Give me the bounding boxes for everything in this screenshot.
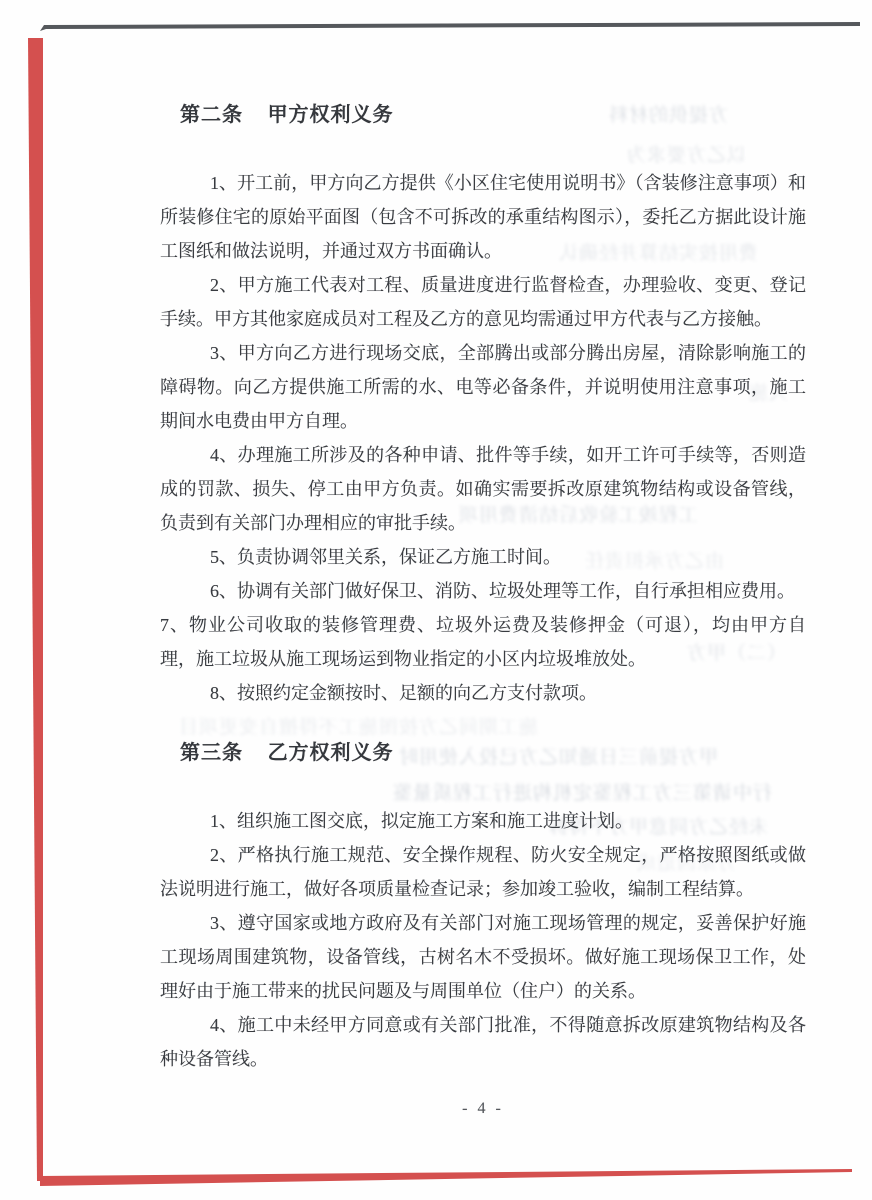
article-section-2: 第二条 甲方权利义务 1、开工前，甲方向乙方提供《小区住宅使用说明书》（含装修注… [160, 98, 806, 710]
clause-paragraph: 7、物业公司收取的装修管理费、垃圾外运费及装修押金（可退），均由甲方自理，施工垃… [160, 608, 806, 676]
clause-paragraph: 1、组织施工图交底，拟定施工方案和施工进度计划。 [160, 804, 806, 838]
clause-paragraph: 2、甲方施工代表对工程、质量进度进行监督检查，办理验收、变更、登记手续。甲方其他… [160, 268, 806, 336]
clause-paragraph: 8、按照约定金额按时、足额的向乙方支付款项。 [160, 676, 806, 710]
article-2-title: 甲方权利义务 [268, 104, 394, 126]
clause-paragraph: 4、办理施工所涉及的各种申请、批件等手续，如开工许可手续等，否则造成的罚款、损失… [160, 438, 806, 540]
clause-paragraph: 5、负责协调邻里关系，保证乙方施工时间。 [160, 540, 806, 574]
article-section-3: 第三条 乙方权利义务 1、组织施工图交底，拟定施工方案和施工进度计划。2、严格执… [160, 736, 806, 1076]
clause-paragraph: 6、协调有关部门做好保卫、消防、垃圾处理等工作，自行承担相应费用。 [160, 574, 806, 608]
article-3-number: 第三条 [180, 742, 243, 764]
article-2-heading: 第二条 甲方权利义务 [180, 98, 806, 132]
clause-paragraph: 4、施工中未经甲方同意或有关部门批准，不得随意拆改原建筑物结构及各种设备管线。 [160, 1008, 806, 1076]
article-2-number: 第二条 [180, 104, 243, 126]
article-2-clause-list: 1、开工前，甲方向乙方提供《小区住宅使用说明书》（含装修注意事项）和所装修住宅的… [160, 166, 806, 710]
article-3-title: 乙方权利义务 [268, 742, 394, 764]
article-3-heading: 第三条 乙方权利义务 [180, 736, 806, 770]
article-3-clause-list: 1、组织施工图交底，拟定施工方案和施工进度计划。2、严格执行施工规范、安全操作规… [160, 804, 806, 1076]
scanned-contract-page: 方提供的材料以乙方要求为费用按实结算并经确认人施工程竣工验收后结清费用项由乙方承… [0, 0, 872, 1200]
clause-paragraph: 2、严格执行施工规范、安全操作规程、防火安全规定，严格按照图纸或做法说明进行施工… [160, 838, 806, 906]
binder-edge-left [28, 38, 43, 1181]
binder-edge-bottom [40, 1169, 852, 1186]
clause-paragraph: 3、遵守国家或地方政府及有关部门对施工现场管理的规定，妥善保护好施工现场周围建筑… [160, 906, 806, 1008]
clause-paragraph: 1、开工前，甲方向乙方提供《小区住宅使用说明书》（含装修注意事项）和所装修住宅的… [160, 166, 806, 268]
contract-body: 第二条 甲方权利义务 1、开工前，甲方向乙方提供《小区住宅使用说明书》（含装修注… [160, 0, 806, 1126]
clause-paragraph: 3、甲方向乙方进行现场交底，全部腾出或部分腾出房屋，清除影响施工的障碍物。向乙方… [160, 336, 806, 438]
page-number: - 4 - [160, 1092, 806, 1126]
